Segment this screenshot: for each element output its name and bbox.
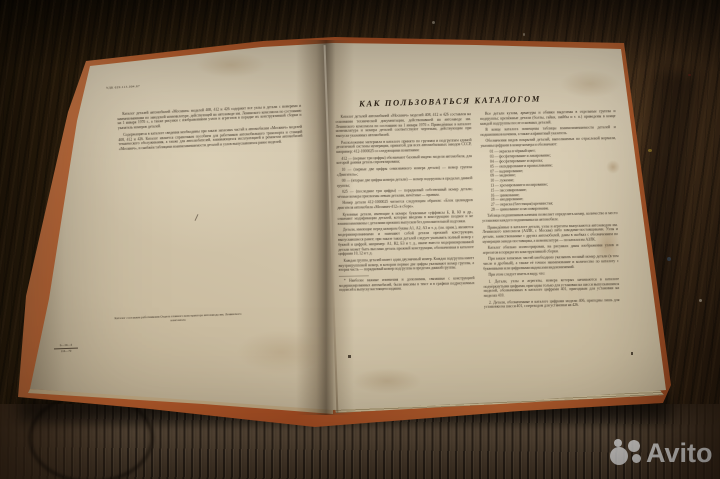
footnote: * Наиболее важные изменения и дополнения…: [339, 276, 475, 293]
body-paragraph: В конце каталога помещены таблицы взаимо…: [480, 125, 616, 137]
body-paragraph: Детали, имеющие перед номером буквы А1, …: [338, 226, 474, 258]
body-paragraph: Каталог деталей автомобилей «Москвич» мо…: [335, 112, 471, 139]
body-paragraph: Таблица подшипников качения позволяет оп…: [482, 211, 618, 223]
body-paragraph: 10 — (первые две цифры семизначного номе…: [337, 165, 473, 177]
footnote-rule: [339, 276, 369, 277]
column-1: Каталог деталей автомобилей «Москвич» мо…: [335, 112, 476, 361]
body-paragraph: 00 — (вторые две цифры номера детали) — …: [337, 176, 473, 188]
body-paragraph: Обозначения видов покрытий деталей, выпо…: [480, 136, 616, 148]
body-paragraph: 1. Детали, узлы и агрегаты, номера котор…: [483, 277, 619, 299]
body-paragraph: 412 — (первые три цифры) обозначают базо…: [336, 154, 472, 166]
body-paragraph: Все детали кузова, арматуры и обивки выд…: [480, 109, 616, 126]
body-paragraph: Расположение материала в каталоге принят…: [336, 138, 472, 155]
avito-logo-circle-icon: [628, 440, 640, 452]
body-paragraph: Каждая группа деталей имеет один двузнач…: [338, 256, 474, 273]
printers-mark: [348, 355, 351, 358]
edition-mark-bottom: 116—70: [54, 349, 78, 354]
body-paragraph: Кузовные детали, имеющие в номере буквен…: [337, 210, 473, 227]
body-paragraph: Номер детали 412-1000025 читается следую…: [337, 198, 473, 210]
photo-scene: УДК 629.113.004.67 Каталог деталей автом…: [0, 0, 720, 479]
avito-watermark: Avito: [606, 434, 718, 472]
avito-logo-circle-icon: [632, 454, 641, 463]
printers-mark: [631, 352, 633, 355]
paint-speck: [432, 21, 435, 24]
body-paragraph: 025 — (последние три цифры) — порядковый…: [337, 187, 473, 199]
body-paragraph: При заказе запасных частей необходимо ук…: [483, 255, 619, 272]
paint-speck: [523, 33, 525, 36]
body-paragraph: Приведённые в каталоге детали, узлы и аг…: [482, 223, 618, 245]
avito-brand-text: Avito: [646, 438, 713, 469]
paint-speck: [699, 299, 702, 302]
coating-codes-list: 01 — окраска в чёрный цвет; 03 — фосфати…: [481, 147, 618, 212]
avito-logo-circle-icon: [614, 439, 622, 447]
body-paragraph: 2. Детали, обозначенные в каталоге цифра…: [484, 298, 620, 310]
column-2: Все детали кузова, арматуры и обивки выд…: [480, 109, 621, 358]
body-paragraph: Каталог обильно иллюстрирован, на рисунк…: [483, 243, 619, 255]
annotation-block: Каталог деталей автомобилей «Москвич» мо…: [117, 104, 303, 154]
text-columns: Каталог деталей автомобилей «Москвич» мо…: [335, 109, 620, 361]
edition-mark: 6—19—4 116—70: [54, 344, 78, 355]
avito-logo-circle-icon: [610, 447, 628, 465]
